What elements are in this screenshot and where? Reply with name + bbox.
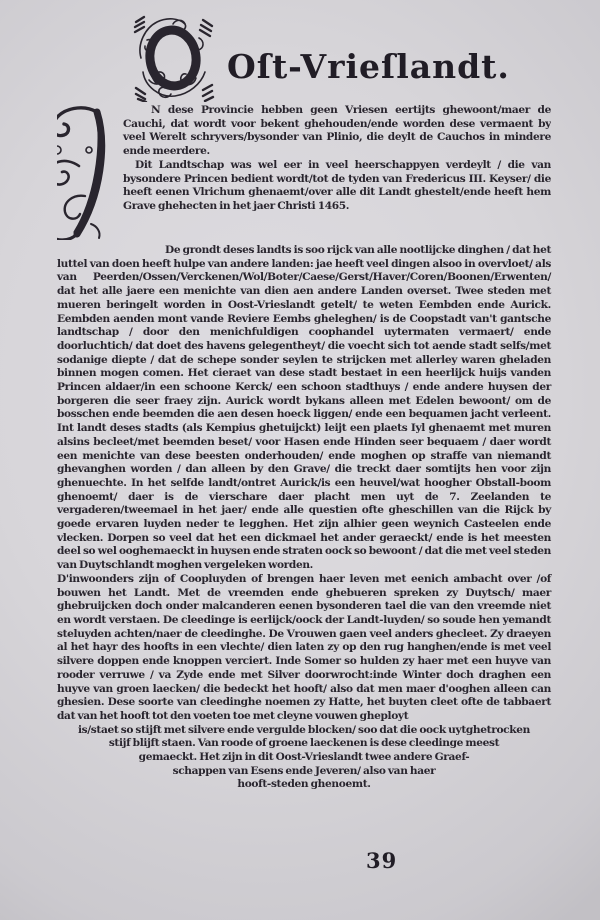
masthead: Oſt-Vrieſlandt. <box>133 14 510 102</box>
paragraph-2: Dit Landtschap was wel eer in veel heers… <box>57 159 551 214</box>
tail-line-5: hooft-steden ghenoemt. <box>57 778 551 792</box>
book-page: Oſt-Vrieſlandt. <box>0 0 600 920</box>
tail-line-3: gemaeckt. Het zijn in dit Oost-Vriesland… <box>57 751 551 765</box>
text-body: N dese Provincie hebben geen Vriesen eer… <box>57 104 551 792</box>
drop-cap-ornament-icon <box>57 104 111 240</box>
paragraph-4: D'inwoonders zijn of Coopluyden of breng… <box>57 573 551 724</box>
tail-line-2: stijf blijft staen. Van roode of groene … <box>57 737 551 751</box>
tail-line-1: is/staet so stijft met silvere ende verg… <box>57 724 551 738</box>
woodcut-ornament-icon <box>133 14 215 102</box>
paragraph-1: N dese Provincie hebben geen Vriesen eer… <box>57 104 551 159</box>
opening-section: N dese Provincie hebben geen Vriesen eer… <box>57 104 551 244</box>
tail-line-4: schappen van Esens ende Jeveren/ also va… <box>57 765 551 779</box>
page-title: Oſt-Vrieſlandt. <box>227 31 510 86</box>
drop-cap-I <box>57 104 111 240</box>
woodcut-initial-O <box>133 14 215 102</box>
paragraph-3: De grondt deses landts is soo rijck van … <box>57 244 551 573</box>
page-number: 39 <box>366 848 397 873</box>
